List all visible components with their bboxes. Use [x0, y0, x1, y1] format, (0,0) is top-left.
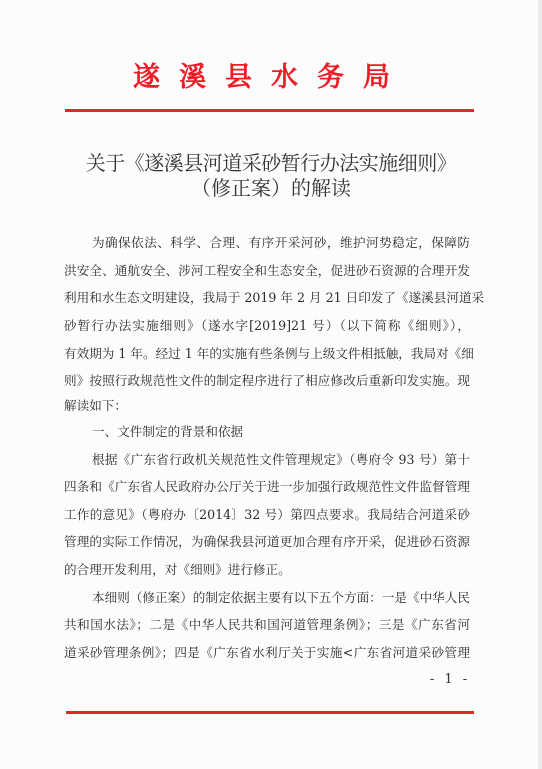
header-red-rule [65, 109, 474, 112]
body-text-line: 有效期为 1 年。经过 1 年的实施有些条例与上级文件相抵触，我局对《细 [64, 346, 470, 362]
body-text-line: 洪安全、通航安全、涉河工程安全和生态安全，促进砂石资源的合理开发 [64, 263, 470, 279]
body-text-line: 管理的实际工作情况，为确保我县河道更加合理有序开采，促进砂石资源 [64, 534, 470, 550]
document-title-line-2: （修正案）的解读 [60, 176, 482, 200]
body-text-line: 四条和《广东省人民政府办公厅关于进一步加强行政规范性文件监督管理 [64, 479, 470, 495]
body-text-line: 工作的意见》（粤府办〔2014〕32 号）第四点要求。我局结合河道采砂 [64, 507, 470, 523]
body-text-line: 道采砂管理条例》；四是《广东省水利厅关于实施<广东省河道采砂管理 [64, 645, 470, 661]
organization-header: 遂溪县水务局 [0, 60, 522, 96]
page-edge [538, 0, 542, 769]
body-text-line: 利用和水生态文明建设，我局于 2019 年 2 月 21 日印发了《遂溪县河道采 [64, 290, 470, 306]
body-text-line: 的合理开发利用，对《细则》进行修正。 [64, 562, 470, 578]
body-text-line: 解读如下： [64, 398, 470, 414]
body-text-line: 根据《广东省行政机关规范性文件管理规定》（粤府令 93 号）第十 [92, 452, 470, 468]
section-heading: 一、文件制定的背景和依据 [92, 424, 470, 440]
body-text-line: 则》按照行政规范性文件的制定程序进行了相应修改后重新印发实施。现 [64, 373, 470, 389]
body-text-line: 砂暂行办法实施细则》（遂水字[2019]21 号）（以下简称《细则》）， [64, 318, 470, 334]
page-number: - 1 - [420, 672, 480, 687]
body-text-line: 共和国水法》；二是《中华人民共和国河道管理条例》；三是《广东省河 [64, 617, 470, 633]
document-title-line-1: 关于《遂溪县河道采砂暂行办法实施细则》 [60, 151, 482, 175]
footer-red-rule [66, 711, 474, 714]
body-text-line: 本细则（修正案）的制定依据主要有以下五个方面：一是《中华人民 [92, 590, 470, 606]
body-text-line: 为确保依法、科学、合理、有序开采河砂，维护河势稳定，保障防 [92, 235, 470, 251]
document-page: 遂溪县水务局 关于《遂溪县河道采砂暂行办法实施细则》 （修正案）的解读 为确保依… [0, 0, 542, 769]
